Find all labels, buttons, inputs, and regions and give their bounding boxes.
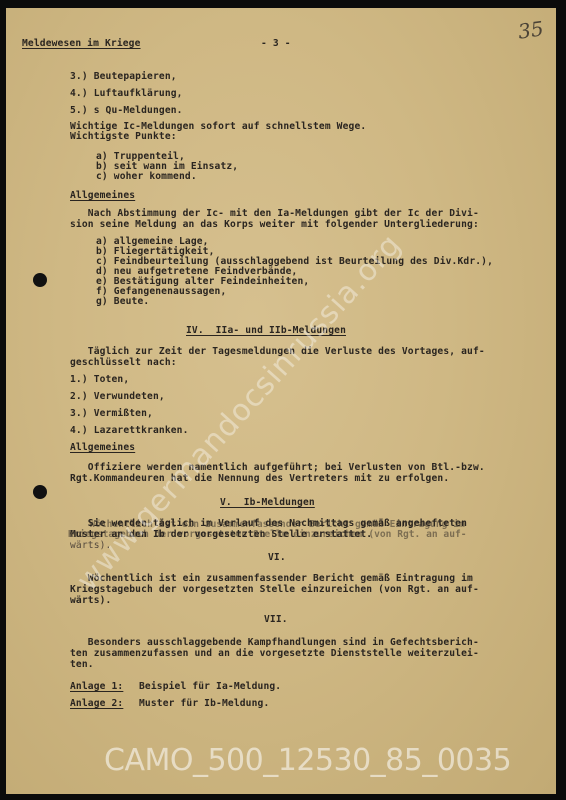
point-item: c) woher kommend. [96,171,197,182]
list-item: 4.) Luftaufklärung, [70,88,183,99]
attachment-label-2: Anlage 2: [70,698,123,709]
archive-id-watermark: CAMO_500_12530_85_0035 [104,743,511,778]
section-v-heading: V. Ib-Meldungen [220,497,315,508]
paragraph-line: ten zusammenzufassen und an die vorgeset… [70,648,479,659]
subdivision-item: g) Beute. [96,296,149,307]
punch-hole-bottom [33,485,47,499]
list-item: 3.) Beutepapieren, [70,71,183,82]
paragraph-line: Kriegstagebuch der vorgesetzten Stelle e… [70,584,479,595]
document-header-title: Meldewesen im Kriege [22,38,141,49]
paragraph-line: wärts). [70,595,111,606]
allgemeines-heading-2: Allgemeines [70,442,135,453]
paragraph-line: Wöchentlich ist ein zusammenfassender Be… [70,573,473,584]
allgemeines-heading-1: Allgemeines [70,190,135,201]
page-marker: - 3 - [261,38,291,49]
paragraph-line: Besonders ausschlaggebende Kampfhandlung… [70,637,479,648]
ic-paragraph-line: Wichtigste Punkte: [70,131,177,142]
attachment-text-1: Beispiel für Ia-Meldung. [139,681,281,692]
loss-item: 1.) Toten, [70,374,129,385]
paragraph-line: geschlüsselt nach: [70,357,177,368]
paragraph-line: ten. [70,659,94,670]
paragraph-line: Nach Abstimmung der Ic- mit den Ia-Meldu… [70,208,479,219]
attachment-label-1: Anlage 1: [70,681,123,692]
paragraph-line: sion seine Meldung an das Korps weiter m… [70,219,479,230]
list-sources: 3.) Beutepapieren, 4.) Luftaufklärung, 5… [70,71,183,116]
section-vii-heading: VII. [264,614,288,625]
attachment-text-2: Muster für Ib-Meldung. [139,698,269,709]
list-item: 5.) s Qu-Meldungen. [70,105,183,116]
loss-item: 2.) Verwundeten, [70,391,165,402]
punch-hole-top [33,273,47,287]
loss-item: 3.) Vermißten, [70,408,153,419]
handwritten-page-number: 35 [516,16,545,43]
paragraph-line: Offiziere werden namentlich aufgeführt; … [70,462,485,473]
document-page: 35 Meldewesen im Kriege - 3 - 3.) Beutep… [6,8,556,794]
paragraph-line: Rgt.Kommandeuren hat die Nennung des Ver… [70,473,449,484]
section-vi-heading: VI. [268,552,286,563]
loss-item: 4.) Lazarettkranken. [70,425,189,436]
